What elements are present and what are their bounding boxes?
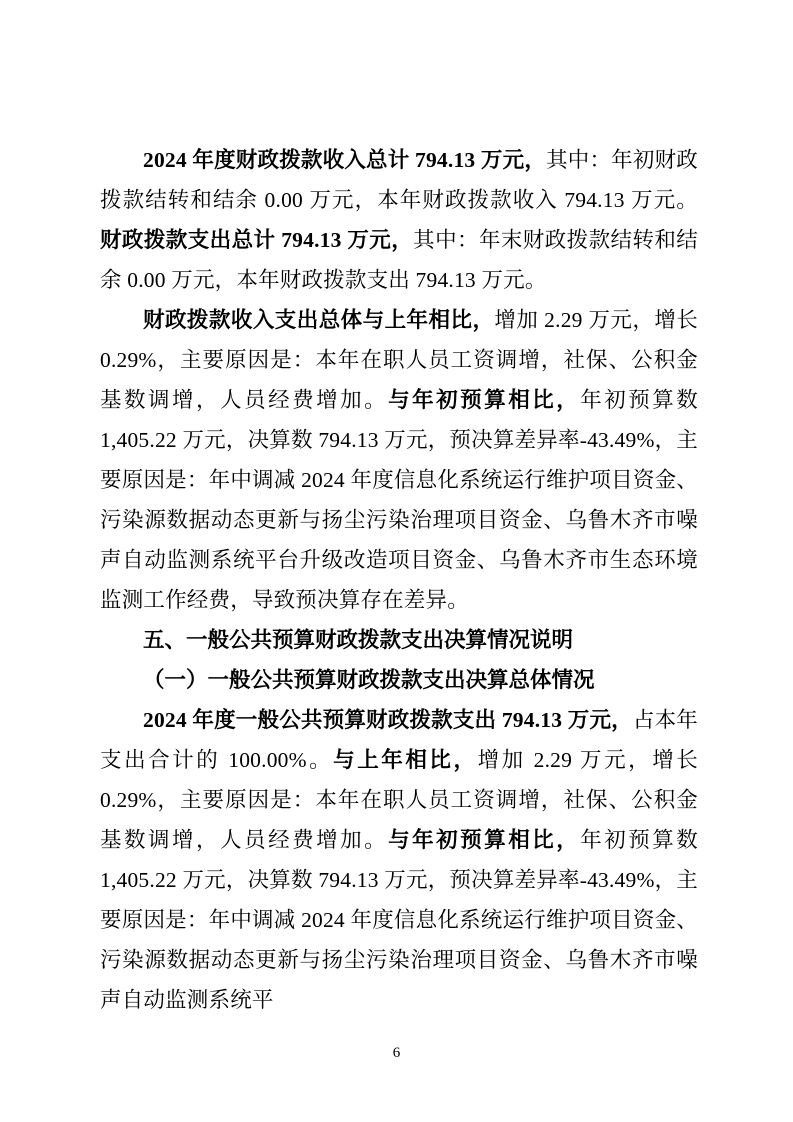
document-page: 2024 年度财政拨款收入总计 794.13 万元，其中：年初财政拨款结转和结余… [0, 0, 793, 1122]
page-number: 6 [0, 1044, 793, 1062]
heading-section-five: 五、一般公共预算财政拨款支出决算情况说明 [100, 620, 698, 660]
text-run: 与年初预算相比， [388, 388, 580, 412]
text-run: 与上年相比， [333, 748, 477, 772]
text-run: 财政拨款支出总计 794.13 万元， [100, 228, 413, 252]
text-run: 年初预算数 1,405.22 万元，决算数 794.13 万元，预决算差异率-4… [100, 828, 698, 1012]
text-run: 财政拨款收入支出总体与上年相比， [143, 308, 494, 332]
paragraph-yoy-and-budget-comparison: 财政拨款收入支出总体与上年相比，增加 2.29 万元，增长 0.29%，主要原因… [100, 300, 698, 620]
page-body: 2024 年度财政拨款收入总计 794.13 万元，其中：年初财政拨款结转和结余… [100, 140, 698, 1020]
text-run: 2024 年度一般公共预算财政拨款支出 794.13 万元， [143, 708, 633, 732]
text-run: 年初预算数 1,405.22 万元，决算数 794.13 万元，预决算差异率-4… [100, 388, 698, 612]
paragraph-fiscal-appropriation-totals: 2024 年度财政拨款收入总计 794.13 万元，其中：年初财政拨款结转和结余… [100, 140, 698, 300]
heading-subsection-one: （一）一般公共预算财政拨款支出决算总体情况 [100, 660, 698, 700]
text-run: 与年初预算相比， [388, 828, 580, 852]
text-run: 2024 年度财政拨款收入总计 794.13 万元， [143, 148, 546, 172]
paragraph-general-public-budget-expenditure: 2024 年度一般公共预算财政拨款支出 794.13 万元，占本年支出合计的 1… [100, 700, 698, 1020]
